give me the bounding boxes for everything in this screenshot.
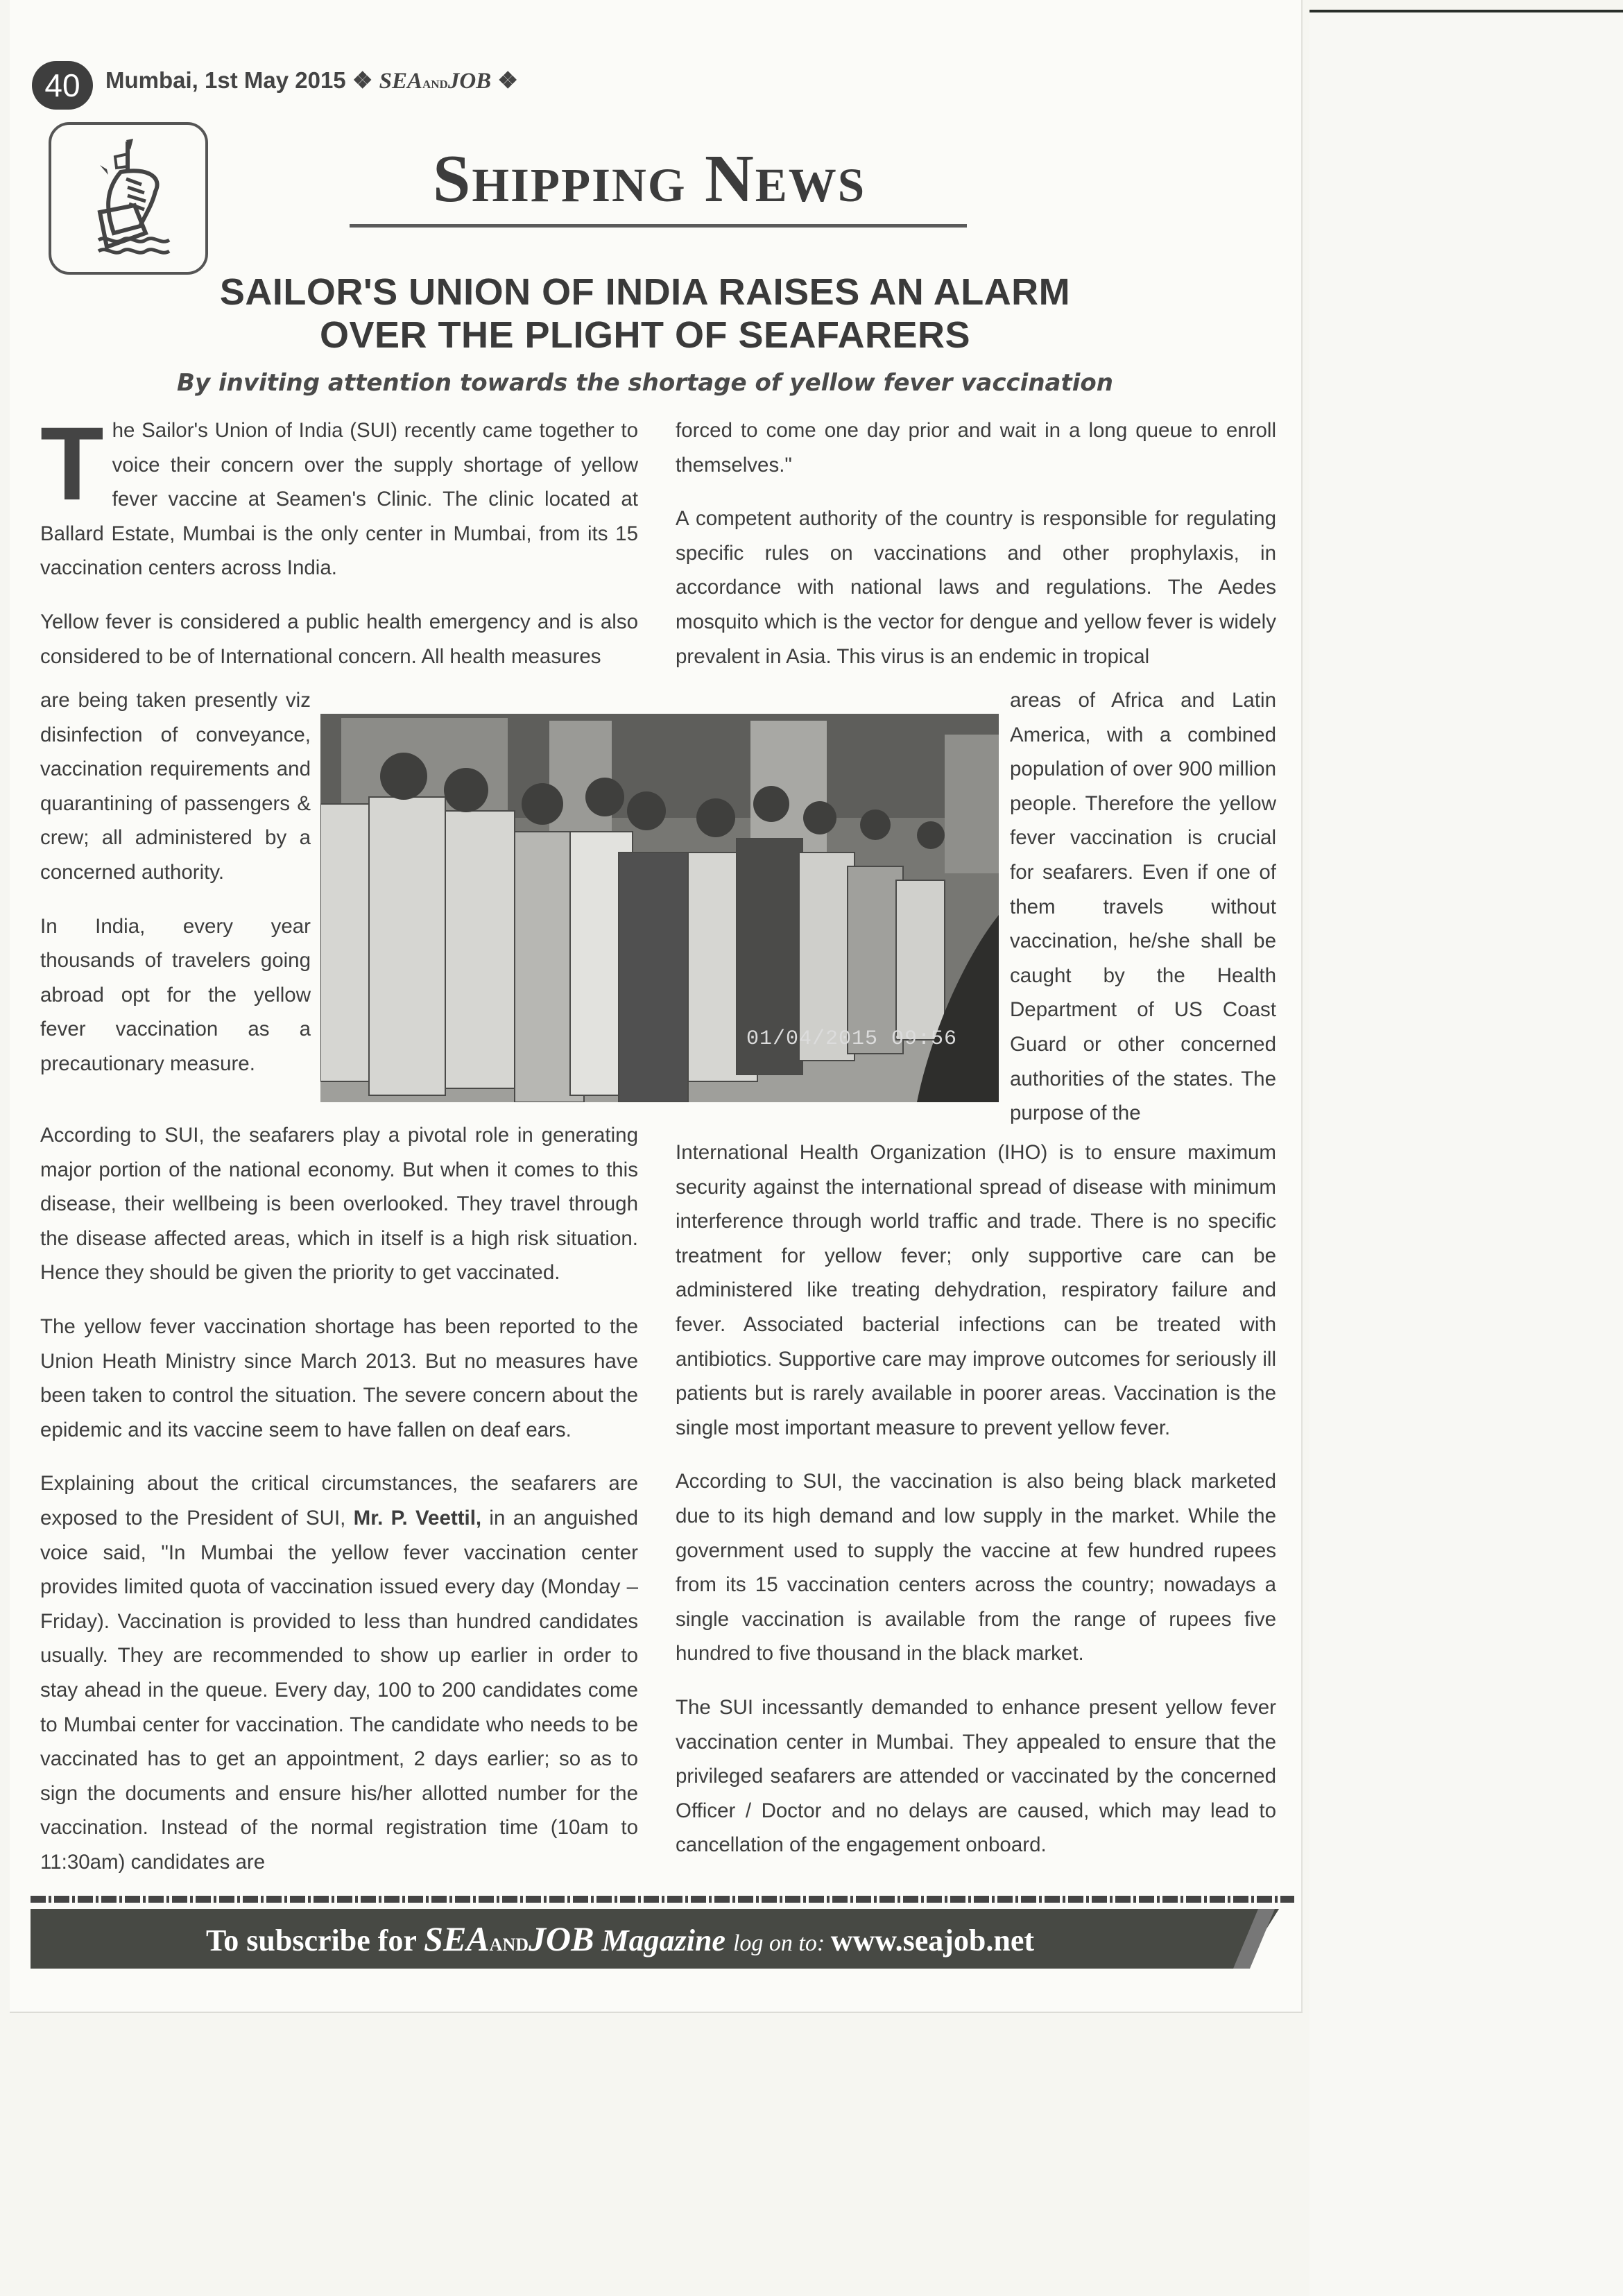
banner-brand: SEAANDJOB [424, 1919, 594, 1958]
article-photo: 01/04/2015 09:56 [320, 714, 999, 1102]
article-headline: SAILOR'S UNION OF INDIA RAISES AN ALARM … [104, 271, 1186, 357]
article-subhead: By inviting attention towards the shorta… [104, 369, 1186, 397]
president-name: Mr. P. Veettil, [354, 1507, 481, 1530]
paragraph-president-quote: Explaining about the critical circumstan… [40, 1466, 638, 1879]
right-column-top: forced to come one day prior and wait in… [676, 413, 1276, 674]
subscribe-banner-text: To subscribe for SEAANDJOB Magazine log … [31, 1909, 1210, 1969]
diamond-icon: ❖ [352, 67, 373, 93]
paragraph-pivotal-role: According to SUI, the seafarers play a p… [40, 1118, 638, 1290]
paragraph-travelers: In India, every year thousands of travel… [40, 909, 311, 1081]
brand-name: SEAANDJOB [379, 69, 492, 94]
paragraph-health-measures: are being taken presently viz disinfecti… [40, 683, 311, 890]
left-column-narrow: are being taken presently viz disinfecti… [40, 683, 311, 1081]
diamond-icon: ❖ [497, 67, 518, 93]
paragraph-enroll: forced to come one day prior and wait in… [676, 413, 1276, 482]
ship-icon [58, 129, 197, 268]
photo-timestamp: 01/04/2015 09:56 [746, 1027, 957, 1051]
paragraph-black-market: According to SUI, the vaccination is als… [676, 1464, 1276, 1671]
right-column-narrow: areas of Africa and Latin America, with … [1010, 683, 1276, 1131]
paragraph-sui-demand: The SUI incessantly demanded to enhance … [676, 1690, 1276, 1862]
right-column-bottom: International Health Organization (IHO) … [676, 1136, 1276, 1862]
paragraph-intro: The Sailor's Union of India (SUI) recent… [40, 413, 638, 585]
adjacent-page-edge [1309, 12, 1623, 2296]
paragraph-africa-latin-america: areas of Africa and Latin America, with … [1010, 683, 1276, 1131]
left-column-bottom: According to SUI, the seafarers play a p… [40, 1118, 638, 1879]
dateline: Mumbai, 1st May 2015 ❖ SEAANDJOB ❖ [105, 67, 518, 94]
ship-logo-icon [49, 122, 208, 275]
subscribe-url-link[interactable]: www.seajob.net [831, 1924, 1034, 1957]
drop-cap: T [40, 419, 104, 511]
dashed-divider [31, 1896, 1294, 1903]
paragraph-shortage-reported: The yellow fever vaccination shortage ha… [40, 1310, 638, 1447]
paragraph-iho: International Health Organization (IHO) … [676, 1136, 1276, 1445]
paragraph-health-emergency: Yellow fever is considered a public heal… [40, 605, 638, 674]
page-number-badge: 40 [32, 61, 93, 110]
adjacent-page-band [1309, 10, 1623, 12]
section-title-rule [350, 224, 967, 228]
left-column-top: The Sailor's Union of India (SUI) recent… [40, 413, 638, 674]
dateline-text: Mumbai, 1st May 2015 [105, 67, 346, 93]
paragraph-competent-authority: A competent authority of the country is … [676, 502, 1276, 674]
section-title: Shipping News [337, 140, 961, 218]
